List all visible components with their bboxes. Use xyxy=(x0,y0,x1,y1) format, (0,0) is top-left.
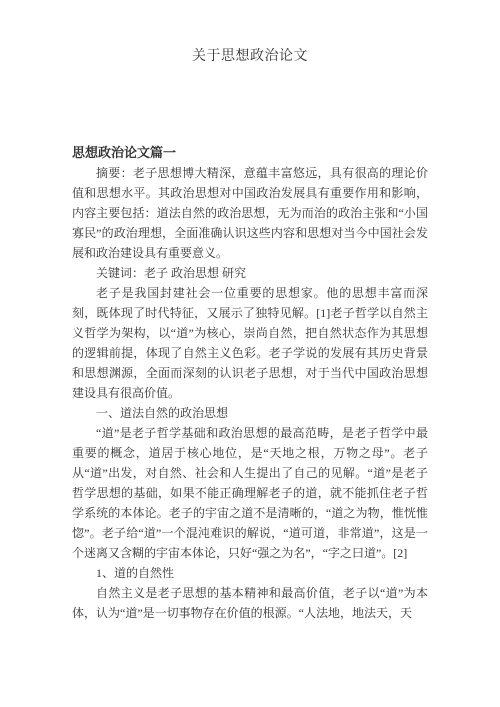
paragraph-introduction: 老子是我国封建社会一位重要的思想家。他的思想丰富而深刻，既体现了时代特征，又展示… xyxy=(72,283,428,403)
document-page: 关于思想政治论文 思想政治论文篇一 摘要：老子思想博大精深，意蕴丰富悠远，具有很… xyxy=(0,0,500,707)
paragraph-naturalism: 自然主义是老子思想的基本精神和最高价值，老子以“道”为本体，认为“道”是一切事物… xyxy=(72,583,428,623)
document-body: 思想政治论文篇一 摘要：老子思想博大精深，意蕴丰富悠远，具有很高的理论价值和思想… xyxy=(0,143,500,623)
paragraph-keywords: 关键词：老子 政治思想 研究 xyxy=(72,263,428,283)
paragraph-abstract: 摘要：老子思想博大精深，意蕴丰富悠远，具有很高的理论价值和思想水平。其政治思想对… xyxy=(72,163,428,263)
document-title: 关于思想政治论文 xyxy=(0,0,500,67)
subsection-heading-dao-naturalness: 1、道的自然性 xyxy=(72,563,428,583)
essay-part-heading: 思想政治论文篇一 xyxy=(72,143,428,163)
paragraph-dao-concept: “道”是老子哲学基础和政治思想的最高范畴，是老子哲学中最重要的概念，道居于核心地… xyxy=(72,423,428,563)
section-one-heading: 一、道法自然的政治思想 xyxy=(72,403,428,423)
